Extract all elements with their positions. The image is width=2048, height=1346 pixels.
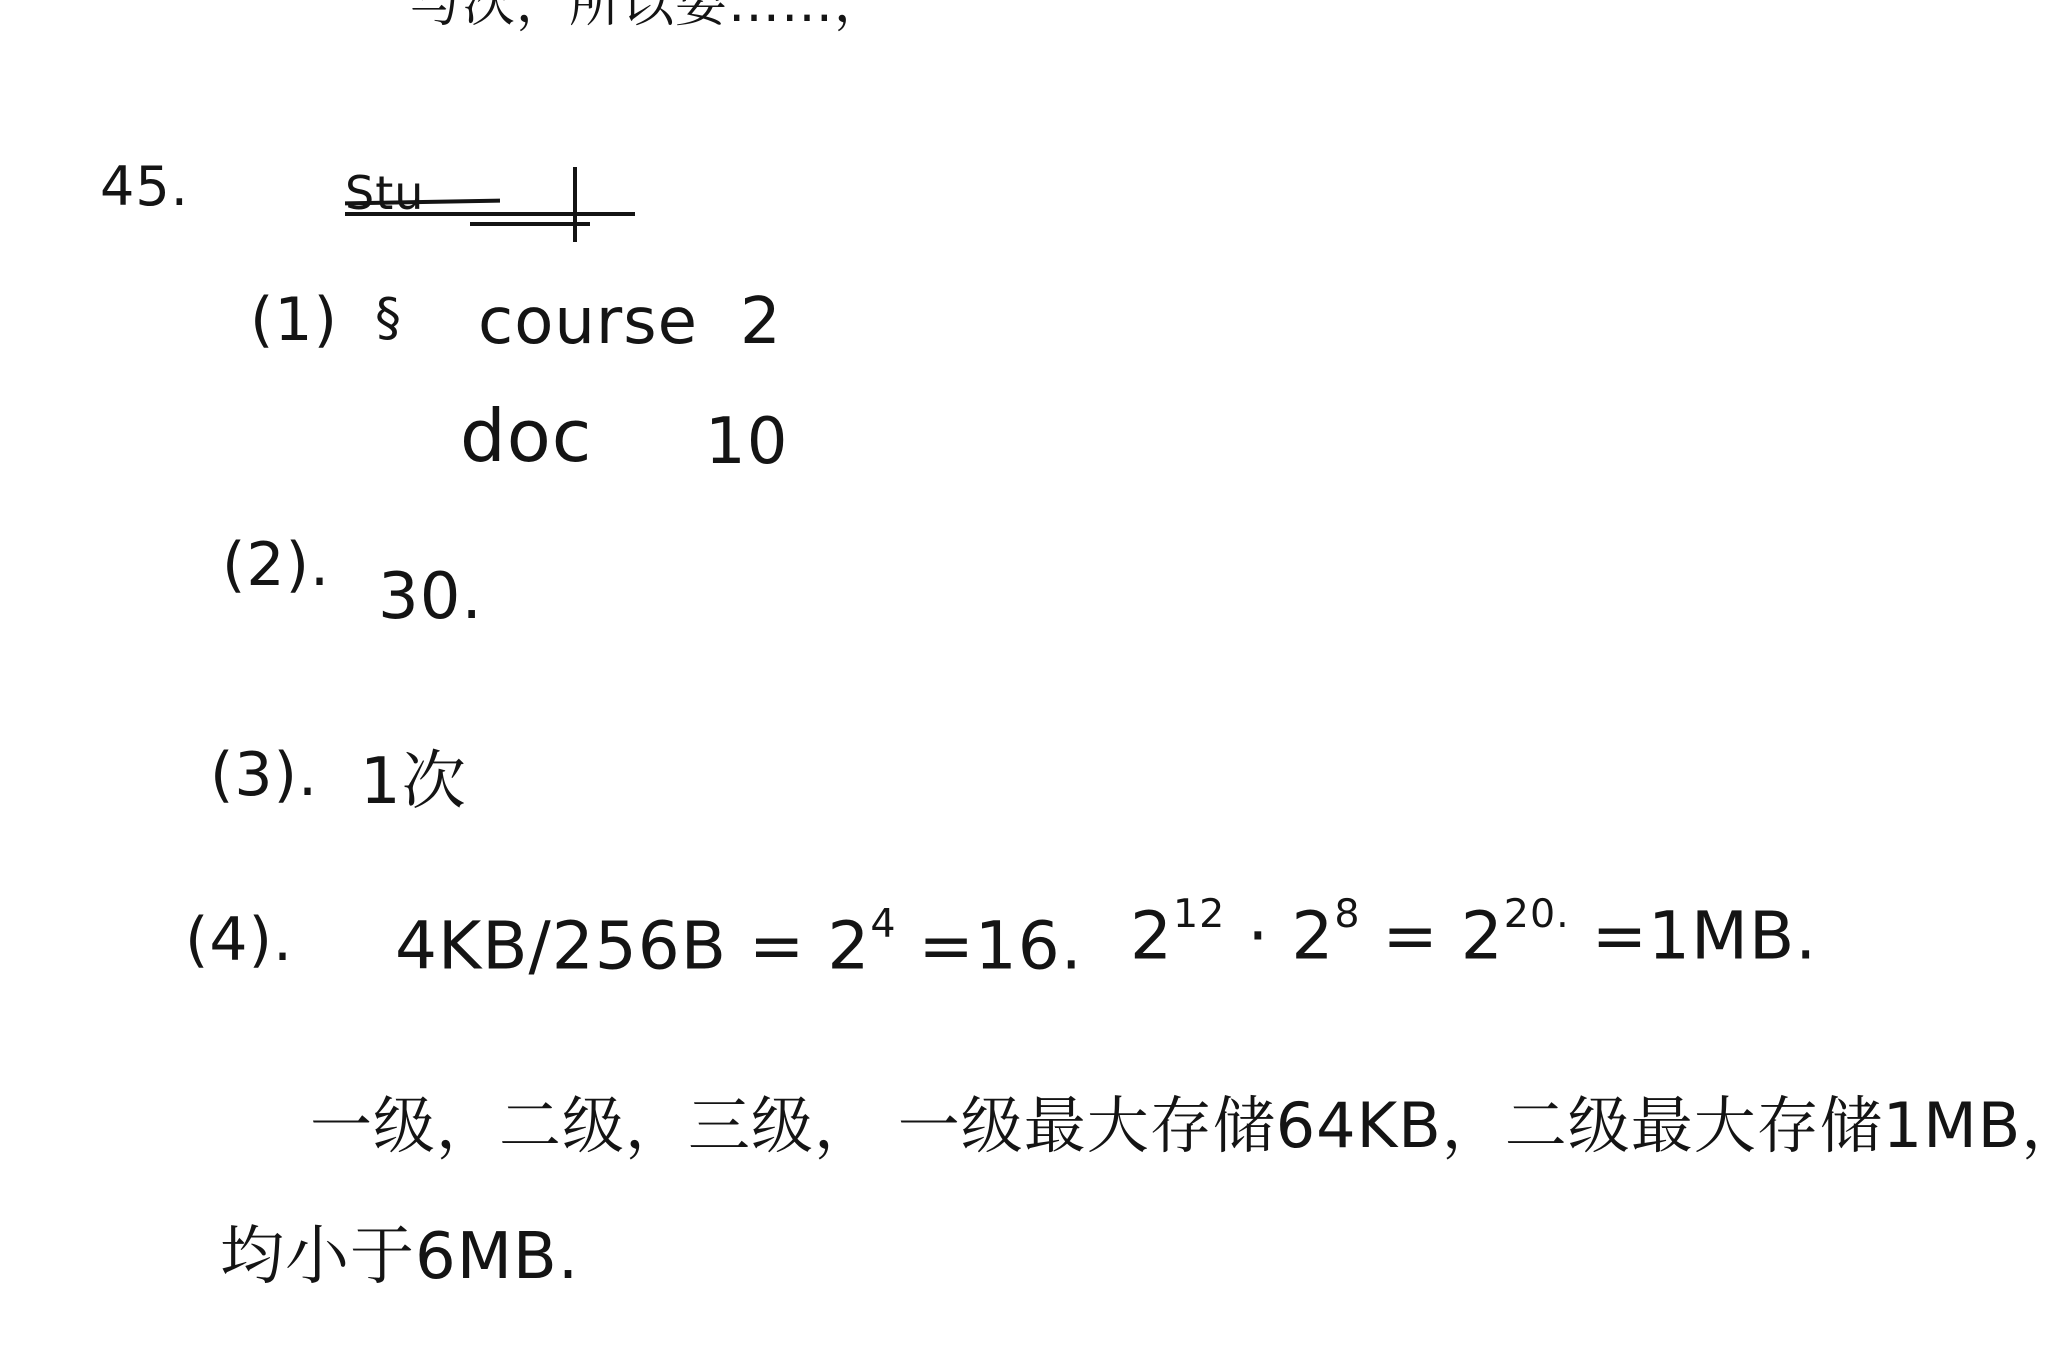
section-mark-symbol: § [375,292,402,344]
eq2-dot: · [1247,898,1269,975]
part-1-row-2-term: doc [460,400,592,472]
top-partial-line: 与次，所以要……， [410,0,887,30]
part-1-row-1-value: 2 [740,290,782,354]
part-4-explanation-line-1: 一级，二级，三级， 一级最大存储64KB，二级最大存储1MB， [310,1095,2048,1157]
part-4-equation-1: 4KB/256B = 24 =16. [395,905,1083,980]
eq1-base: 2 [827,908,870,985]
part-4-equation-2: 212 · 28 = 220. =1MB. [1130,895,1817,970]
eq1-exponent: 4 [870,901,896,947]
eq2-equals: = [1383,898,1439,975]
eq1-lhs: 4KB/256B [395,908,727,985]
part-2-answer: 30. [378,565,483,629]
strike-vertical-bar [573,167,577,242]
eq2-term3-base: 2 [1461,898,1504,975]
strike-line [345,199,500,206]
part-1-row-2-value: 10 [705,410,788,474]
part-1-row-1-term: course [478,290,698,354]
part-3-label: (3). [210,745,318,805]
eq2-term1-exponent: 12 [1173,891,1225,937]
part-2-label: (2). [222,535,330,595]
eq2-term2-exponent: 8 [1334,891,1360,937]
part-4-explanation-line-2: 均小于6MB. [220,1225,579,1289]
eq1-equals: = [749,908,805,985]
strike-line [345,212,635,216]
strike-through-marks [345,192,635,232]
eq2-term1-base: 2 [1130,898,1173,975]
question-number: 45. [100,160,189,214]
eq1-result: =16. [919,908,1083,985]
eq2-result: =1MB. [1592,898,1818,975]
part-3-answer: 1次 [360,750,467,814]
strike-line [470,222,590,226]
part-4-label: (4). [185,910,293,970]
eq2-term2-base: 2 [1291,898,1334,975]
part-1-label: (1) [250,290,338,350]
eq2-term3-exponent: 20. [1504,891,1570,937]
